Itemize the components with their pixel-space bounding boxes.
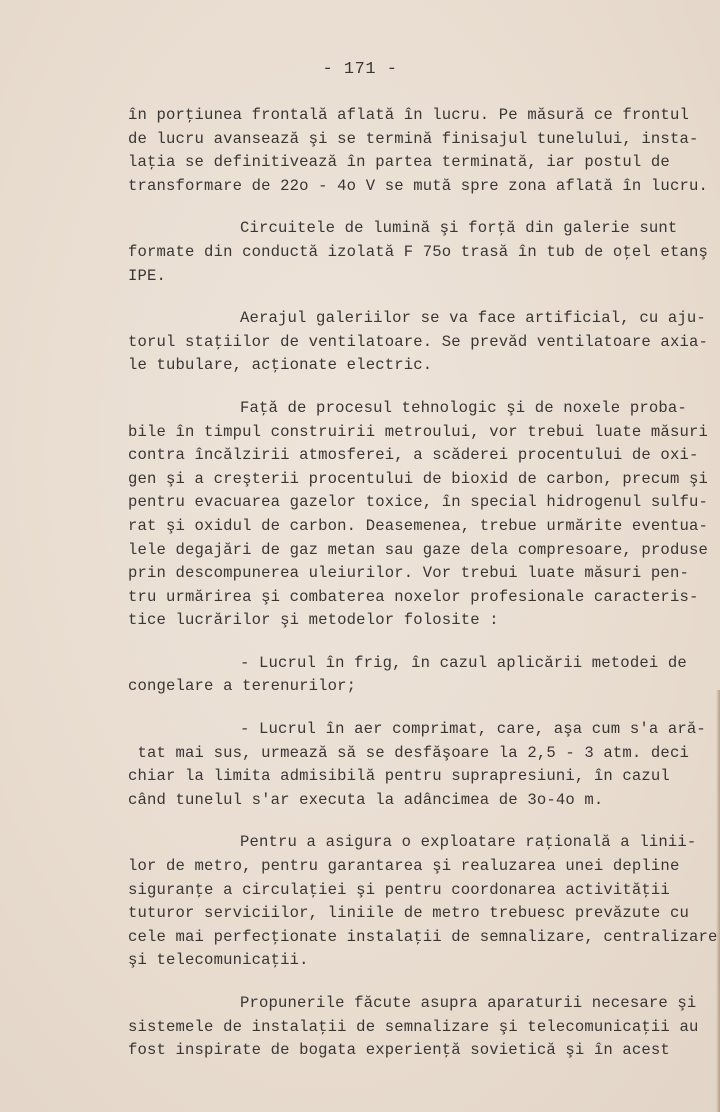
text-line: lele degajări de gaz metan sau gaze dela…: [128, 539, 720, 563]
text-line: tuturor serviciilor, liniile de metro tr…: [128, 902, 720, 926]
paragraph-gap: [128, 699, 720, 718]
paragraph: Aerajul galeriilor se va face artificial…: [128, 307, 720, 378]
text-line: de lucru avansează şi se termină finisaj…: [128, 128, 720, 152]
text-line: Circuitele de lumină şi forţă din galeri…: [128, 217, 720, 241]
paragraph: Circuitele de lumină şi forţă din galeri…: [128, 217, 720, 288]
text-line: bile în timpul construirii metroului, vo…: [128, 421, 720, 445]
text-line: torul staţiilor de ventilatoare. Se prev…: [128, 331, 720, 355]
text-line: siguranţe a circulaţiei şi pentru coordo…: [128, 879, 720, 903]
text-line: tice lucrărilor şi metodelor folosite :: [128, 609, 720, 633]
paragraph: Pentru a asigura o exploatare raţională …: [128, 831, 720, 973]
text-line: sistemele de instalaţii de semnalizare ş…: [128, 1016, 720, 1040]
paragraph: Propunerile făcute asupra aparaturii nec…: [128, 992, 720, 1063]
text-line: când tunelul s'ar executa la adâncimea d…: [128, 789, 720, 813]
text-line: cele mai perfecţionate instalaţii de sem…: [128, 926, 720, 950]
text-line: prin descompunerea uleiurilor. Vor trebu…: [128, 562, 720, 586]
text-line: - Lucrul în aer comprimat, care, aşa cum…: [128, 718, 720, 742]
text-line: formate din conductă izolată F 75o trasă…: [128, 241, 720, 265]
paragraph-gap: [128, 288, 720, 307]
text-line: lor de metro, pentru garantarea şi realu…: [128, 855, 720, 879]
paragraph-gap: [128, 378, 720, 397]
text-line: Aerajul galeriilor se va face artificial…: [128, 307, 720, 331]
text-line: tat mai sus, urmează să se desfăşoare la…: [128, 742, 720, 766]
text-line: chiar la limita admisibilă pentru suprap…: [128, 765, 720, 789]
text-line: Faţă de procesul tehnologic şi de noxele…: [128, 397, 720, 421]
text-line: congelare a terenurilor;: [128, 675, 720, 699]
paragraph-gap: [128, 812, 720, 831]
paragraph: Faţă de procesul tehnologic şi de noxele…: [128, 397, 720, 633]
text-line: fost inspirate de bogata experienţă sovi…: [128, 1039, 720, 1063]
paragraph-gap: [128, 633, 720, 652]
paragraph: - Lucrul în frig, în cazul aplicării met…: [128, 652, 720, 699]
text-line: gen şi a creşterii procentului de bioxid…: [128, 468, 720, 492]
text-line: le tubulare, acţionate electric.: [128, 354, 720, 378]
text-line: tru urmărirea şi combaterea noxelor prof…: [128, 586, 720, 610]
page-number: - 171 -: [0, 60, 720, 79]
text-line: Pentru a asigura o exploatare raţională …: [128, 831, 720, 855]
text-line: IPE.: [128, 265, 720, 289]
document-page: - 171 - în porţiunea frontală aflată în …: [0, 0, 720, 1112]
paragraph-gap: [128, 973, 720, 992]
text-line: şi telecomunicaţii.: [128, 949, 720, 973]
text-line: rat şi oxidul de carbon. Deasemenea, tre…: [128, 515, 720, 539]
text-line: pentru evacuarea gazelor toxice, în spec…: [128, 491, 720, 515]
document-body: în porţiunea frontală aflată în lucru. P…: [128, 104, 720, 1063]
paragraph-gap: [128, 198, 720, 217]
paragraph: - Lucrul în aer comprimat, care, aşa cum…: [128, 718, 720, 812]
text-line: - Lucrul în frig, în cazul aplicării met…: [128, 652, 720, 676]
paragraph: în porţiunea frontală aflată în lucru. P…: [128, 104, 720, 198]
text-line: în porţiunea frontală aflată în lucru. P…: [128, 104, 720, 128]
text-line: Propunerile făcute asupra aparaturii nec…: [128, 992, 720, 1016]
text-line: transformare de 22o - 4o V se mută spre …: [128, 175, 720, 199]
text-line: laţia se definitivează în partea termina…: [128, 151, 720, 175]
text-line: contra încălzirii atmosferei, a scăderei…: [128, 444, 720, 468]
